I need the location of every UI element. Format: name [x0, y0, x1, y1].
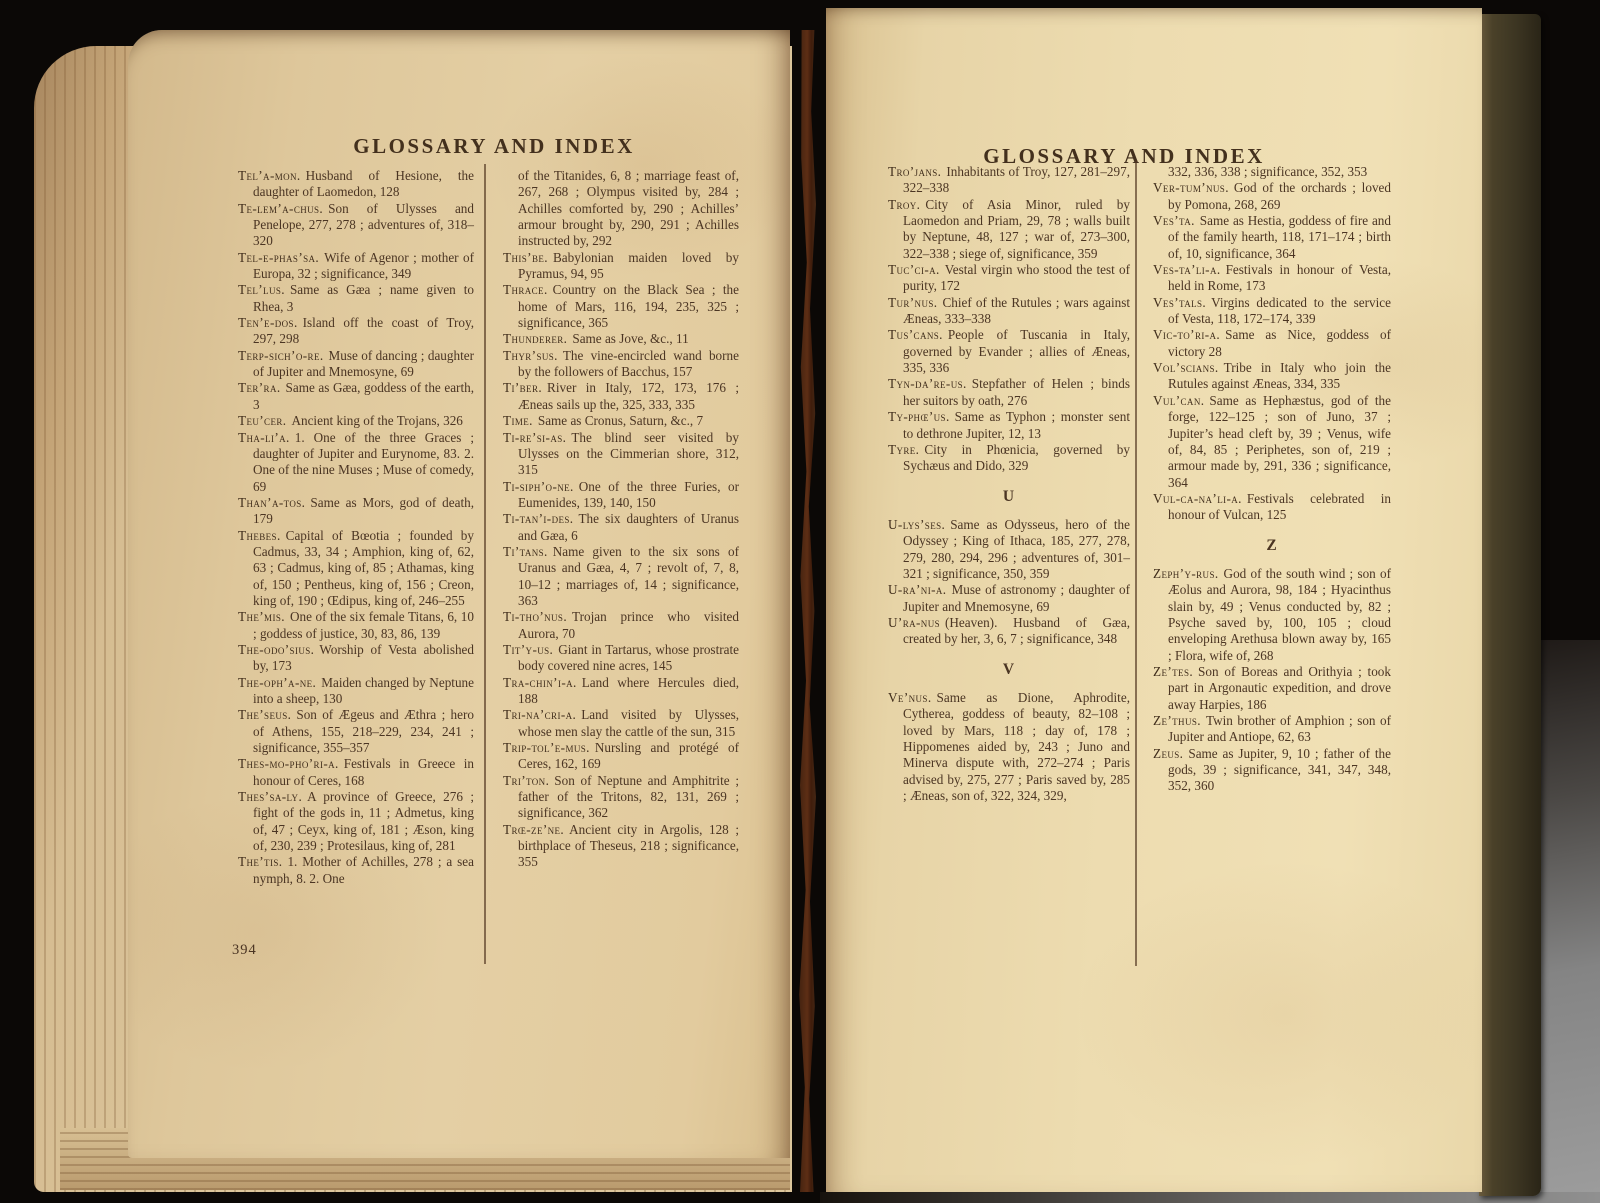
glossary-term: Ves’tals.: [1153, 295, 1206, 310]
glossary-term: Ti’tans.: [503, 544, 548, 559]
glossary-term: Thrace.: [503, 282, 548, 297]
glossary-term: Ti-re’si-as.: [503, 430, 566, 445]
left-page-column-divider: [484, 164, 486, 964]
glossary-term: Ty-phœ’us.: [888, 409, 950, 424]
glossary-term: Ze’thus.: [1153, 713, 1201, 728]
left-page: GLOSSARY AND INDEX Tel’a-mon.Husband of …: [128, 30, 790, 1158]
glossary-term: Tri’ton.: [503, 773, 549, 788]
glossary-term: Thes-mo-pho’ri-a.: [238, 756, 339, 771]
glossary-entry: The’tis.1. Mother of Achilles, 278 ; a s…: [238, 854, 474, 887]
glossary-term: Ti-tho’nus.: [503, 609, 567, 624]
glossary-entry: Troy.City of Asia Minor, ruled by Laomed…: [888, 197, 1130, 262]
book-photograph: { "book": { "left_page": { "header": "GL…: [0, 0, 1600, 1203]
glossary-term: Trip-tol’e-mus.: [503, 740, 590, 755]
glossary-entry: Tuc’ci-a.Vestal virgin who stood the tes…: [888, 262, 1130, 295]
glossary-term: Ver-tum’nus.: [1153, 180, 1229, 195]
glossary-entry: Trip-tol’e-mus.Nursling and protégé of C…: [503, 740, 739, 773]
glossary-term: Teu’cer.: [238, 413, 286, 428]
glossary-entry: Terp-sich’o-re.Muse of dancing ; daughte…: [238, 348, 474, 381]
glossary-entry: U-lys’ses.Same as Odysseus, hero of the …: [888, 517, 1130, 582]
glossary-term: Tur’nus.: [888, 295, 937, 310]
glossary-entry: Ze’tes.Son of Boreas and Orithyia ; took…: [1153, 664, 1391, 713]
glossary-term: Tri-na’cri-a.: [503, 707, 576, 722]
glossary-term: U-lys’ses.: [888, 517, 945, 532]
right-page: GLOSSARY AND INDEX Tro’jans.Inhabitants …: [826, 8, 1482, 1192]
glossary-term: Ter’ra.: [238, 380, 281, 395]
glossary-entry: Thebes.Capital of Bœotia ; founded by Ca…: [238, 528, 474, 610]
glossary-entry: Ti’tans.Name given to the six sons of Ur…: [503, 544, 739, 609]
glossary-entry: Ti-tan’i-des.The six daughters of Uranus…: [503, 511, 739, 544]
glossary-term: Tyn-da’re-us.: [888, 376, 967, 391]
glossary-entry: Teu’cer.Ancient king of the Trojans, 326: [238, 413, 474, 429]
glossary-term: Troy.: [888, 197, 920, 212]
left-page-number: 394: [232, 942, 257, 959]
glossary-entry: Vic-to’ri-a.Same as Nice, goddess of vic…: [1153, 327, 1391, 360]
glossary-entry: Tyre.City in Phœnicia, governed by Sychæ…: [888, 442, 1130, 475]
glossary-term: Ves’ta.: [1153, 213, 1195, 228]
glossary-term: Tha-li’a.: [238, 430, 290, 445]
left-page-column-2: of the Titanides, 6, 8 ; marriage feast …: [503, 168, 739, 871]
glossary-entry: Te-lem’a-chus.Son of Ulysses and Penelop…: [238, 201, 474, 250]
glossary-term: Ten’e-dos.: [238, 315, 298, 330]
glossary-term: Vic-to’ri-a.: [1153, 327, 1220, 342]
glossary-term: The’mis.: [238, 609, 285, 624]
glossary-term: Ti-tan’i-des.: [503, 511, 574, 526]
left-page-column-1: Tel’a-mon.Husband of Hesione, the daught…: [238, 168, 474, 887]
glossary-term: Thes’sa-ly.: [238, 789, 302, 804]
glossary-entry: Ter’ra.Same as Gæa, goddess of the earth…: [238, 380, 474, 413]
glossary-entry: This’be.Babylonian maiden loved by Pyram…: [503, 250, 739, 283]
section-letter-heading: Z: [1153, 538, 1391, 554]
glossary-term: Tro’jans.: [888, 164, 941, 179]
glossary-term: Than’a-tos.: [238, 495, 305, 510]
glossary-term: Tel-e-phas’sa.: [238, 250, 319, 265]
glossary-entry: Ves-ta’li-a.Festivals in honour of Vesta…: [1153, 262, 1391, 295]
glossary-term: Vul’can.: [1153, 393, 1204, 408]
glossary-term: The-oph’a-ne.: [238, 675, 316, 690]
glossary-term: Ves-ta’li-a.: [1153, 262, 1221, 277]
glossary-term: Tel’lus.: [238, 282, 285, 297]
glossary-entry: Tit’y-us.Giant in Tartarus, whose prostr…: [503, 642, 739, 675]
glossary-entry: Tro’jans.Inhabitants of Troy, 127, 281–2…: [888, 164, 1130, 197]
glossary-entry: The’seus.Son of Ægeus and Æthra ; hero o…: [238, 707, 474, 756]
glossary-term: Ti-siph’o-ne.: [503, 479, 574, 494]
glossary-term: Tra-chin’i-a.: [503, 675, 577, 690]
glossary-term: Te-lem’a-chus.: [238, 201, 323, 216]
glossary-entry: Zeph’y-rus.God of the south wind ; son o…: [1153, 566, 1391, 664]
glossary-term: Ti’ber.: [503, 380, 542, 395]
glossary-term: Thebes.: [238, 528, 281, 543]
glossary-entry: Ty-phœ’us.Same as Typhon ; monster sent …: [888, 409, 1130, 442]
glossary-term: Time.: [503, 413, 533, 428]
glossary-entry: Tur’nus.Chief of the Rutules ; wars agai…: [888, 295, 1130, 328]
glossary-term: Thunderer.: [503, 331, 567, 346]
glossary-term: Terp-sich’o-re.: [238, 348, 324, 363]
glossary-term: U’ra-nus: [888, 615, 940, 630]
glossary-entry: Tha-li’a.1. One of the three Graces ; da…: [238, 430, 474, 495]
glossary-entry: Tri’ton.Son of Neptune and Amphitrite ; …: [503, 773, 739, 822]
glossary-term: This’be.: [503, 250, 548, 265]
book-cover-edge: [1479, 14, 1541, 1196]
glossary-term: Trœ-ze’ne.: [503, 822, 564, 837]
glossary-entry: Tel-e-phas’sa.Wife of Agenor ; mother of…: [238, 250, 474, 283]
glossary-entry: Ves’ta.Same as Hestia, goddess of fire a…: [1153, 213, 1391, 262]
glossary-term: U-ra’ni-a.: [888, 582, 947, 597]
glossary-entry: Tri-na’cri-a.Land visited by Ulysses, wh…: [503, 707, 739, 740]
glossary-entry: Time.Same as Cronus, Saturn, &c., 7: [503, 413, 739, 429]
glossary-entry: Zeus.Same as Jupiter, 9, 10 ; father of …: [1153, 746, 1391, 795]
glossary-term: Tyre.: [888, 442, 919, 457]
glossary-entry: Ze’thus.Twin brother of Amphion ; son of…: [1153, 713, 1391, 746]
glossary-entry: The’mis.One of the six female Titans, 6,…: [238, 609, 474, 642]
section-letter-heading: U: [888, 489, 1130, 505]
glossary-entry: Ver-tum’nus.God of the orchards ; loved …: [1153, 180, 1391, 213]
glossary-entry: Vul-ca-na’li-a.Festivals celebrated in h…: [1153, 491, 1391, 524]
right-page-column-divider: [1135, 160, 1137, 966]
glossary-entry: U’ra-nus(Heaven). Husband of Gæa, create…: [888, 615, 1130, 648]
glossary-term: Tel’a-mon.: [238, 168, 301, 183]
glossary-term: Tus’cans.: [888, 327, 943, 342]
glossary-entry: Thrace.Country on the Black Sea ; the ho…: [503, 282, 739, 331]
glossary-entry-continuation: 332, 336, 338 ; significance, 352, 353: [1153, 164, 1391, 180]
glossary-entry: Vul’can.Same as Hephæstus, god of the fo…: [1153, 393, 1391, 491]
glossary-term: Thyr’sus.: [503, 348, 558, 363]
glossary-term: The’seus.: [238, 707, 291, 722]
glossary-term: Ze’tes.: [1153, 664, 1193, 679]
glossary-entry: The-oph’a-ne.Maiden changed by Neptune i…: [238, 675, 474, 708]
glossary-term: The’tis.: [238, 854, 282, 869]
glossary-term: The-odo’sius.: [238, 642, 314, 657]
glossary-entry: Thes’sa-ly.A province of Greece, 276 ; f…: [238, 789, 474, 854]
glossary-entry-continuation: of the Titanides, 6, 8 ; marriage feast …: [503, 168, 739, 250]
right-page-column-2: 332, 336, 338 ; significance, 352, 353Ve…: [1153, 164, 1391, 795]
glossary-term: Tuc’ci-a.: [888, 262, 940, 277]
glossary-term: Zeus.: [1153, 746, 1183, 761]
glossary-entry: Than’a-tos.Same as Mors, god of death, 1…: [238, 495, 474, 528]
glossary-entry: Vol’scians.Tribe in Italy who join the R…: [1153, 360, 1391, 393]
glossary-entry: Ti’ber.River in Italy, 172, 173, 176 ; Æ…: [503, 380, 739, 413]
glossary-entry: Ve’nus.Same as Dione, Aphrodite, Cythere…: [888, 690, 1130, 804]
glossary-entry: Tel’a-mon.Husband of Hesione, the daught…: [238, 168, 474, 201]
glossary-entry: Ti-siph’o-ne.One of the three Furies, or…: [503, 479, 739, 512]
glossary-entry: Ti-re’si-as.The blind seer visited by Ul…: [503, 430, 739, 479]
glossary-entry: Thes-mo-pho’ri-a.Festivals in Greece in …: [238, 756, 474, 789]
section-letter-heading: V: [888, 662, 1130, 678]
glossary-entry: Tus’cans.People of Tuscania in Italy, go…: [888, 327, 1130, 376]
glossary-term: Zeph’y-rus.: [1153, 566, 1219, 581]
glossary-entry: Tel’lus.Same as Gæa ; name given to Rhea…: [238, 282, 474, 315]
glossary-entry: U-ra’ni-a.Muse of astronomy ; daughter o…: [888, 582, 1130, 615]
book-gutter-torn-edge: [788, 30, 828, 1192]
glossary-term: Vol’scians.: [1153, 360, 1219, 375]
glossary-entry: Thunderer.Same as Jove, &c., 11: [503, 331, 739, 347]
glossary-term: Ve’nus.: [888, 690, 932, 705]
glossary-entry: Trœ-ze’ne.Ancient city in Argolis, 128 ;…: [503, 822, 739, 871]
glossary-entry: Ves’tals.Virgins dedicated to the servic…: [1153, 295, 1391, 328]
glossary-term: Tit’y-us.: [503, 642, 553, 657]
glossary-entry: Tra-chin’i-a.Land where Hercules died, 1…: [503, 675, 739, 708]
left-page-header: GLOSSARY AND INDEX: [224, 134, 764, 159]
glossary-entry: Ten’e-dos.Island off the coast of Troy, …: [238, 315, 474, 348]
glossary-entry: Tyn-da’re-us.Stepfather of Helen ; binds…: [888, 376, 1130, 409]
glossary-entry: Thyr’sus.The vine-encircled wand borne b…: [503, 348, 739, 381]
glossary-entry: Ti-tho’nus.Trojan prince who visited Aur…: [503, 609, 739, 642]
glossary-entry: The-odo’sius.Worship of Vesta abolished …: [238, 642, 474, 675]
right-page-column-1: Tro’jans.Inhabitants of Troy, 127, 281–2…: [888, 164, 1130, 804]
glossary-term: Vul-ca-na’li-a.: [1153, 491, 1242, 506]
